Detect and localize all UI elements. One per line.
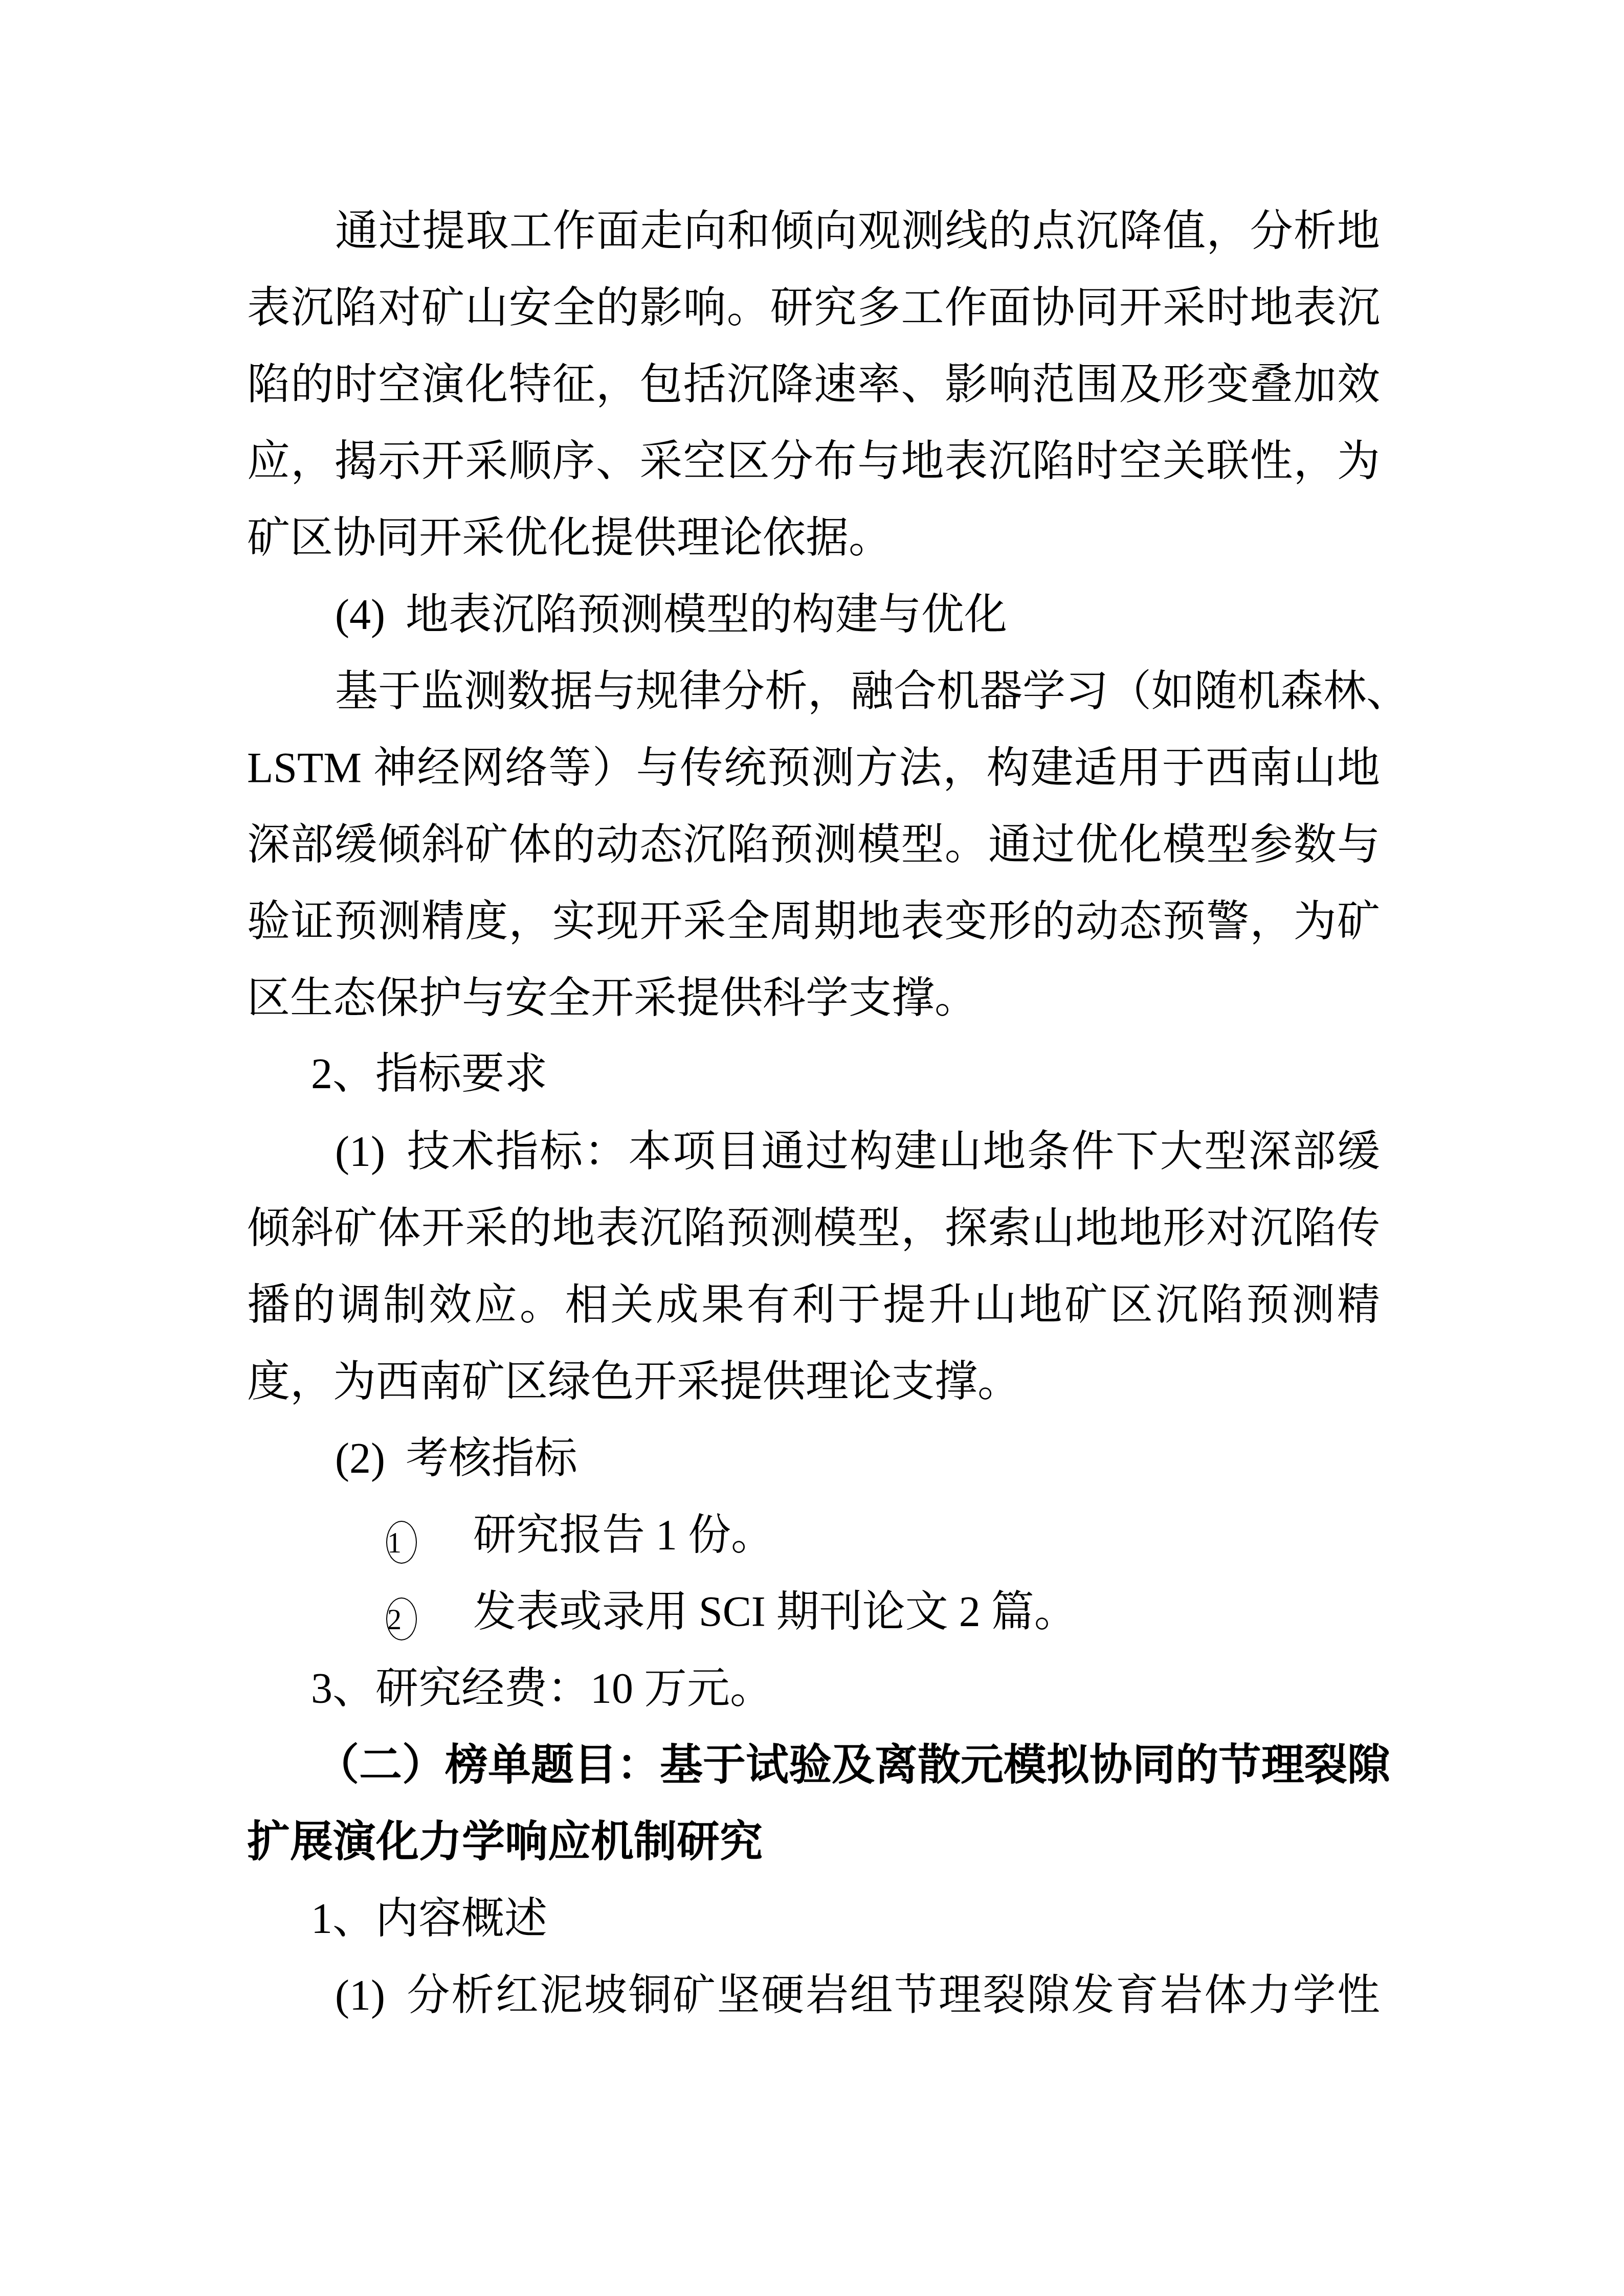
assessment-heading: (2)考核指标 [335, 1434, 1380, 1511]
topic-item-1: (1)分析红泥坡铜矿坚硬岩组节理裂隙发育岩体力学性 [335, 1971, 1380, 2048]
section-heading-3: 3、研究经费：10 万元。 [311, 1664, 1380, 1741]
section-heading-2: 2、指标要求 [311, 1050, 1380, 1127]
document-page: 通过提取工作面走向和倾向观测线的点沉降值，分析地 表沉陷对矿山安全的影响。研究多… [0, 0, 1624, 2296]
item-title: 地表沉陷预测模型的构建与优化 [406, 591, 1007, 639]
circled-number-1: 1 [386, 1521, 417, 1564]
section-heading-1: 1、内容概述 [311, 1895, 1380, 1971]
paragraph-line: 陷的时空演化特征，包括沉降速率、影响范围及形变叠加效 [247, 361, 1380, 437]
circled-number-2: 2 [386, 1597, 417, 1640]
topic-heading: （二）榜单题目：基于试验及离散元模拟协同的节理裂隙 [316, 1741, 1380, 1818]
assessment-item-2: 2发表或录用 SCI 期刊论文 2 篇。 [386, 1588, 1380, 1664]
item-number: (2) [335, 1435, 385, 1482]
topic-heading: 扩展演化力学响应机制研究 [247, 1818, 1380, 1895]
assessment-item-1: 1研究报告 1 份。 [386, 1511, 1380, 1588]
item-number: (1) [335, 1972, 385, 2019]
paragraph-line: 深部缓倾斜矿体的动态沉陷预测模型。通过优化模型参数与 [247, 821, 1380, 897]
paragraph-line: LSTM 神经网络等）与传统预测方法，构建适用于西南山地 [247, 744, 1380, 821]
paragraph-line: 验证预测精度，实现开采全周期地表变形的动态预警，为矿 [247, 897, 1380, 974]
paragraph-line: 表沉陷对矿山安全的影响。研究多工作面协同开采时地表沉 [247, 284, 1380, 361]
paragraph-line: 度，为西南矿区绿色开采提供理论支撑。 [247, 1358, 1380, 1434]
paragraph-line: 基于监测数据与规律分析，融合机器学习（如随机森林、 [335, 667, 1380, 744]
paragraph-line: 播的调制效应。相关成果有利于提升山地矿区沉陷预测精 [247, 1281, 1380, 1358]
item-number: (1) [335, 1128, 385, 1176]
item-title: 考核指标 [406, 1435, 577, 1482]
paragraph-line: 倾斜矿体开采的地表沉陷预测模型，探索山地地形对沉陷传 [247, 1204, 1380, 1281]
paragraph-line: 应，揭示开采顺序、采空区分布与地表沉陷时空关联性，为 [247, 437, 1380, 514]
paragraph-line: 矿区协同开采优化提供理论依据。 [247, 514, 1380, 591]
paragraph-line: 通过提取工作面走向和倾向观测线的点沉降值，分析地 [335, 207, 1380, 284]
item-heading-4: (4)地表沉陷预测模型的构建与优化 [335, 591, 1380, 667]
tech-indicator-line: (1)技术指标：本项目通过构建山地条件下大型深部缓 [335, 1128, 1380, 1204]
item-number: (4) [335, 591, 385, 639]
paragraph-line: 区生态保护与安全开采提供科学支撑。 [247, 974, 1380, 1051]
